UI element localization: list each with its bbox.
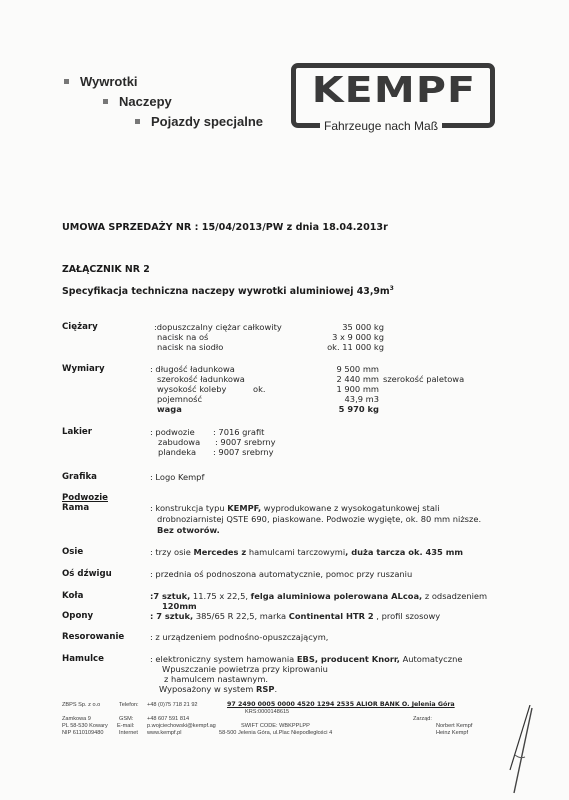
weights-label: Ciężary [62, 322, 98, 332]
weights-row-value: ok. 11 000 kg [292, 342, 384, 352]
tyres-brand: Continental HTR 2 [289, 611, 374, 621]
paint-row-name: plandeka [158, 447, 196, 457]
dim-row-value: 1 900 mm [305, 384, 379, 394]
axles-disc: , duża tarcza ok. 435 mm [345, 547, 463, 557]
footer-street: Zamkowa 9 [62, 716, 91, 722]
tyres-label: Opony [62, 611, 93, 621]
suspension-value: : z urządzeniem podnośno-opuszczającym, [150, 632, 328, 642]
bullet-square-icon [103, 99, 108, 104]
axles-brand: Mercedes z [193, 547, 246, 557]
footer-board-member: Heinz Kempf [436, 730, 468, 736]
dim-row-note: szerokość paletowa [383, 374, 464, 384]
paint-row-value: : 9007 srebrny [213, 447, 274, 457]
dim-row-name: pojemność [157, 394, 202, 404]
frame-text: : konstrukcja typu [150, 503, 227, 513]
suspension-label: Resorowanie [62, 632, 124, 642]
bullet-label: Pojazdy specjalne [151, 114, 263, 129]
bullet-label: Wywrotki [80, 74, 138, 89]
tyres-value: : 7 sztuk, 385/65 R 22,5, marka Continen… [150, 611, 440, 621]
bullet-wywrotki: Wywrotki [64, 74, 138, 89]
paint-row-name: zabudowa [158, 437, 200, 447]
footer-gsm: +48 607 591 814 [147, 716, 189, 722]
weights-row-name: :dopuszczalny ciężar całkowity [154, 322, 282, 332]
footer-board-member: Norbert Kempf [436, 723, 472, 729]
kempf-logo: KEMPF Fahrzeuge nach Maß [291, 63, 495, 128]
wheels-size: 11.75 x 22,5, [190, 591, 250, 601]
weights-row-value: 35 000 kg [292, 322, 384, 332]
footer-postal: PL 58-530 Kowary [62, 723, 108, 729]
footer-phone: +48 (0)75 718 21 92 [147, 702, 198, 708]
crane-axle-value: : przednia oś podnoszona automatycznie, … [150, 569, 412, 579]
footer-bank-account: 97 2490 0005 0000 4520 1294 2535 ALIOR B… [227, 701, 455, 708]
footer-email-link[interactable]: p.wojciechowski@kempf.ag [147, 723, 216, 729]
footer-internet-label: Internet [119, 730, 138, 736]
footer-nip: NIP 6110109480 [62, 730, 103, 736]
frame-line-1: : konstrukcja typu KEMPF, wyprodukowane … [150, 503, 440, 513]
footer-phone-label: Telefon: [119, 702, 139, 708]
dim-row-name: wysokość koleby [157, 384, 226, 394]
wheels-count: :7 sztuk, [150, 591, 190, 601]
spec-title-sup: 3 [390, 285, 394, 292]
wheels-text: z odsadzeniem [422, 591, 487, 601]
dimensions-label: Wymiary [62, 364, 105, 374]
brakes-line-2: Wpuszczanie powietrza przy kiprowaniu [162, 664, 328, 674]
wheels-label: Koła [62, 591, 83, 601]
footer-gsm-label: GSM: [119, 716, 133, 722]
frame-line-2: drobnoziarnistej QSTE 690, piaskowane. P… [157, 514, 481, 524]
dim-row-name: szerokość ładunkowa [157, 374, 245, 384]
brakes-line-3: z hamulcem nastawnym. [164, 674, 268, 684]
spec-title: Specyfikacja techniczna naczepy wywrotki… [62, 285, 394, 297]
footer-website-link[interactable]: www.kempf.pl [147, 730, 182, 736]
footer-address: 58-500 Jelenia Góra, ul.Plac Niepodległo… [219, 730, 332, 736]
dim-row-approx: ok. [253, 384, 266, 394]
footer-swift: SWIFT CODE: WBKPPLPP [241, 723, 310, 729]
brakes-text: Wyposażony w system [159, 684, 256, 694]
graphics-label: Grafika [62, 472, 97, 482]
axles-text: : trzy osie [150, 547, 193, 557]
contract-title: UMOWA SPRZEDAŻY NR : 15/04/2013/PW z dni… [62, 222, 388, 233]
weights-row-name: nacisk na siodło [157, 342, 223, 352]
dim-row-value: 2 440 mm [305, 374, 379, 384]
logo-wordmark: KEMPF [294, 70, 495, 112]
footer-krs: KRS:0000148615 [245, 709, 289, 715]
logo-tagline: Fahrzeuge nach Maß [320, 119, 442, 133]
footer-board-label: Zarząd: [413, 716, 432, 722]
paint-row-value: : 7016 grafit [213, 427, 264, 437]
axles-value: : trzy osie Mercedes z hamulcami tarczow… [150, 547, 463, 557]
brakes-text: : elektroniczny system hamowania [150, 654, 297, 664]
frame-brand: KEMPF, [227, 503, 261, 513]
brakes-line-4: Wyposażony w system RSP. [159, 684, 277, 694]
footer-email-label: E-mail: [117, 723, 134, 729]
wheels-offset: 120mm [162, 601, 197, 611]
weights-row-name: nacisk na oś [157, 332, 208, 342]
bullet-square-icon [135, 119, 140, 124]
brakes-text: . [274, 684, 277, 694]
footer-company: ZBPS Sp. z o.o [62, 702, 100, 708]
dim-row-name: waga [157, 404, 182, 414]
dim-row-name: : długość ładunkowa [150, 364, 235, 374]
weights-row-value: 3 x 9 000 kg [292, 332, 384, 342]
annex-title: ZAŁĄCZNIK NR 2 [62, 264, 150, 275]
bullet-square-icon [64, 79, 69, 84]
dim-row-value: 5 970 kg [305, 404, 379, 414]
graphics-value: : Logo Kempf [150, 472, 204, 482]
tyres-size: 385/65 R 22,5, marka [193, 611, 289, 621]
signature-mark [500, 705, 540, 795]
dim-row-value: 9 500 mm [305, 364, 379, 374]
wheels-value: :7 sztuk, 11.75 x 22,5, felga aluminiowa… [150, 591, 487, 601]
brakes-system: EBS, producent Knorr, [297, 654, 400, 664]
brakes-text: Automatyczne [400, 654, 463, 664]
tyres-profile: , profil szosowy [374, 611, 441, 621]
brakes-line-1: : elektroniczny system hamowania EBS, pr… [150, 654, 462, 664]
paint-row-value: : 9007 srebrny [215, 437, 276, 447]
bullet-naczepy: Naczepy [103, 94, 172, 109]
axles-label: Osie [62, 547, 83, 557]
paint-label: Lakier [62, 427, 92, 437]
tyres-count: : 7 sztuk, [150, 611, 193, 621]
brakes-label: Hamulce [62, 654, 104, 664]
chassis-section-heading: Podwozie [62, 493, 126, 503]
bullet-pojazdy: Pojazdy specjalne [135, 114, 263, 129]
frame-label: Rama [62, 503, 89, 513]
paint-row-name: : podwozie [150, 427, 195, 437]
spec-title-text: Specyfikacja techniczna naczepy wywrotki… [62, 286, 390, 297]
dim-row-value: 43,9 m3 [305, 394, 379, 404]
crane-axle-label: Oś dźwigu [62, 569, 112, 579]
wheels-rim: felga aluminiowa polerowana ALcoa, [251, 591, 423, 601]
axles-text: hamulcami tarczowymi [246, 547, 345, 557]
frame-line-3: Bez otworów. [157, 525, 220, 535]
frame-text: wyprodukowane z wysokogatunkowej stali [261, 503, 439, 513]
brakes-rsp: RSP [256, 684, 274, 694]
bullet-label: Naczepy [119, 94, 172, 109]
